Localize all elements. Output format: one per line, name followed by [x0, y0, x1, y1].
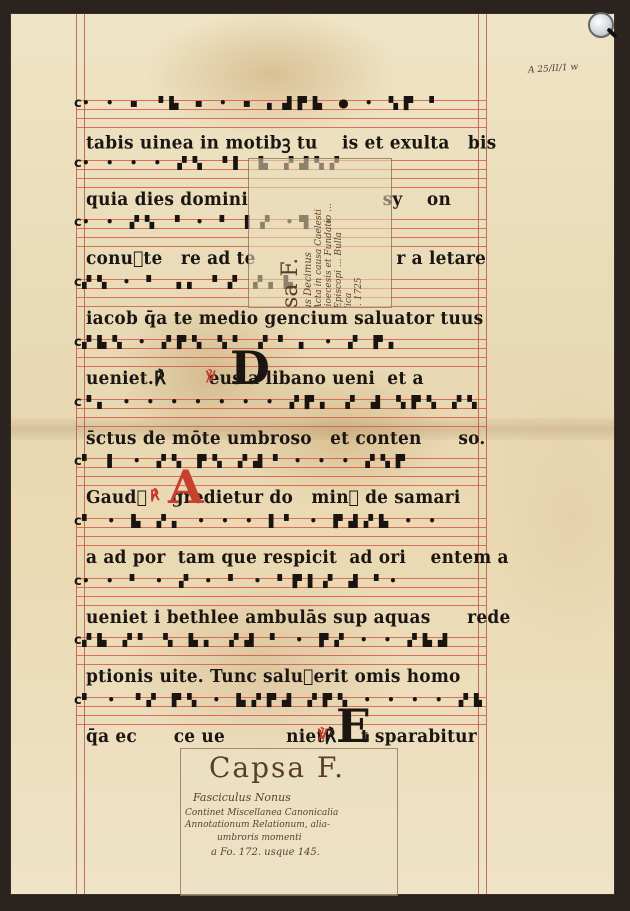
label-lower-line: a Fo. 172. usque 145. [211, 847, 320, 858]
label-upper-line: Dominus Episcopi ... Bulla [334, 172, 344, 308]
decorated-initial: D [230, 341, 270, 395]
neume-row: ▘ ▌ • ▞▚ ▛▚ ▞▟▝ • • • ▞▚▛ [82, 454, 482, 486]
clef-icon: c [74, 454, 82, 469]
label-upper-title: Capsa F. [278, 172, 303, 308]
label-upper-line: Domum Dioecesis et Fundatio ... [324, 172, 334, 308]
chant-system: c▘ • ▙ ▞▖ • • • ▌▘ • ▛▟▞▙ • •a ad por ta… [76, 518, 486, 576]
label-lower-line: umbroris momenti [217, 833, 302, 843]
clef-icon: c [74, 574, 82, 589]
chant-system: c▘ ▌ • ▞▚ ▛▚ ▞▟▝ • • • ▞▚▛Gaud℟ gredietu… [76, 458, 486, 516]
label-lower-line: Continet Miscellanea Canonicalia Annotat… [185, 807, 395, 831]
chant-system: c• • ▪ ▝▙ ▪ • ▪ ▖▟▛▙ ● • ▚▛ ▘tabis uinea… [76, 100, 486, 158]
neume-row: ▘ • ▙ ▞▖ • • • ▌▘ • ▛▟▞▙ • • [82, 514, 482, 546]
label-upper-line: Continet Acta in causa Caelesti [314, 172, 324, 308]
rubric-mark: ℟ [150, 488, 160, 504]
rubric-mark: ℣ [318, 727, 328, 743]
neume-row: ▞▙▚ • ▞▛▚ ▚▘ ▞▝ ▖ • ▞ ▛▖ [82, 335, 482, 367]
label-lower-line: Fasciculus Nonus [193, 791, 291, 804]
lyric-line: Gaud℟ gredietur do min᷒ de samari [86, 488, 486, 509]
label-lower-title: Capsa F. [209, 751, 345, 784]
decorated-initial: A [168, 460, 204, 514]
label-upper-line: et Apostolica [344, 172, 354, 308]
archival-label-lower: Capsa F. Fasciculus Nonus Continet Misce… [180, 748, 398, 896]
clef-icon: c [74, 275, 82, 290]
neume-row: ▞▙ ▞▘ ▚ ▙▖ ▞▟ ▘ • ▛▞ • • ▞▙▟ [82, 633, 482, 665]
chant-system: c▘ • ▝▞ ▛▚ • ▙▞▛▟ ▞▛▚ • • • • ▞▙ ▛▘q̄a e… [76, 697, 486, 755]
lyric-line: iacob q̄a te medio gencium saluator tuus [86, 309, 486, 330]
neume-row: • • ▘ • ▞ • ▘ • ▘▛▌▞ ▟ ▘• [82, 574, 482, 606]
clef-icon: c [74, 395, 82, 410]
chant-system: c▝▖ • • • • • • • ▞▛▖ ▞ ▟ ▚▛▚ ▞▚s̄ctus d… [76, 399, 486, 457]
lyric-line: ptionis uite. Tunc salu᷒erit omis homo [86, 667, 486, 688]
neume-row: • • ▪ ▝▙ ▪ • ▪ ▖▟▛▙ ● • ▚▛ ▘ [82, 96, 482, 128]
archival-label-upper: Capsa F. Fasciculus Decimus Continet Act… [248, 158, 392, 308]
chant-system: c• • ▘ • ▞ • ▘ • ▘▛▌▞ ▟ ▘•ueniet i bethl… [76, 578, 486, 636]
lyric-line: s̄ctus de mōte umbroso et conten so. [86, 428, 486, 449]
chant-system: c▞▙ ▞▘ ▚ ▙▖ ▞▟ ▘ • ▛▞ • • ▞▙▟ptionis uit… [76, 637, 486, 695]
rubric-mark: ℣ [206, 369, 216, 385]
decorated-initial: E [336, 699, 371, 753]
clef-icon: c [74, 514, 82, 529]
chant-system: c▞▙▚ • ▞▛▚ ▚▘ ▞▝ ▖ • ▞ ▛▖ueniet.℟ eus a … [76, 339, 486, 397]
lyric-line: q̄a ec ce ue niet℟ t sparabitur [86, 727, 486, 748]
clef-icon: c [74, 96, 82, 111]
clef-icon: c [74, 335, 82, 350]
neume-row: ▘ • ▝▞ ▛▚ • ▙▞▛▟ ▞▛▚ • • • • ▞▙ ▛▘ [82, 693, 482, 725]
label-upper-line: Ex 1700 ... 1725 [354, 172, 364, 308]
label-upper-line: Fasciculus Decimus [303, 172, 314, 308]
clef-icon: c [74, 633, 82, 648]
neume-row: ▝▖ • • • • • • • ▞▛▖ ▞ ▟ ▚▛▚ ▞▚ [82, 395, 482, 427]
clef-icon: c [74, 156, 82, 171]
lyric-line: a ad por tam que respicit ad ori entem a [86, 547, 486, 568]
lyric-line: tabis uinea in motibꝫ tu is et exulta bi… [86, 129, 486, 153]
clef-icon: c [74, 693, 82, 708]
lyric-line: ueniet.℟ eus a libano ueni et a [86, 368, 486, 389]
lyric-line: ueniet i bethlee ambulās sup aquas rede [86, 607, 486, 628]
clef-icon: c [74, 215, 82, 230]
